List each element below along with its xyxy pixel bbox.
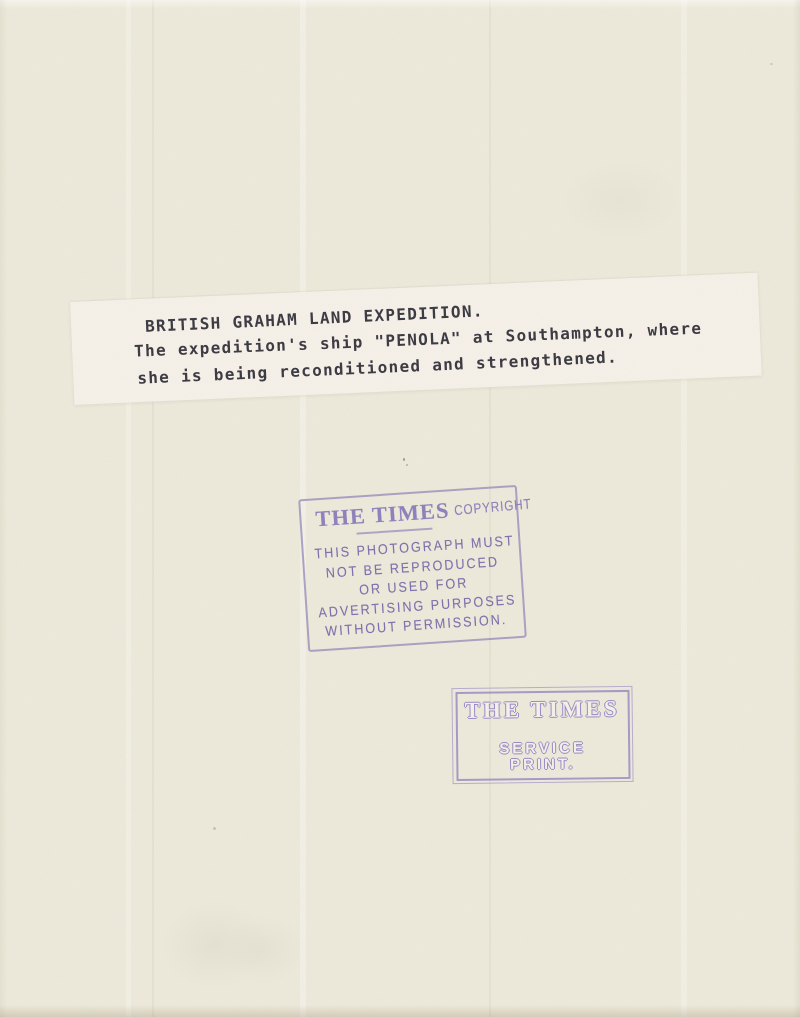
paper-smudge	[560, 160, 680, 240]
service-stamp-inner-border: THE TIMES SERVICE PRINT.	[455, 689, 630, 780]
paper-crease-line	[152, 0, 154, 1017]
caption-label-strip: BRITISH GRAHAM LAND EXPEDITION. The expe…	[70, 273, 762, 405]
paper-edge-shading	[793, 0, 800, 1017]
ink-speck	[406, 464, 408, 466]
times-service-print-stamp: THE TIMES SERVICE PRINT.	[451, 686, 633, 784]
paper-smudge	[225, 915, 305, 985]
paper-smudge	[160, 900, 270, 990]
times-copyright-stamp: THE TIMES COPYRIGHT THIS PHOTOGRAPH MUST…	[298, 485, 527, 652]
paper-streak	[681, 0, 687, 1017]
service-stamp-line: PRINT.	[458, 755, 628, 773]
paper-edge-shading	[0, 0, 7, 1017]
copyright-stamp-header: THE TIMES COPYRIGHT	[300, 487, 517, 533]
paper-edge-shading	[0, 0, 800, 9]
ink-speck	[213, 827, 216, 830]
photo-verso-page: BRITISH GRAHAM LAND EXPEDITION. The expe…	[0, 0, 800, 1017]
ink-speck	[770, 63, 773, 65]
copyright-stamp-suffix: COPYRIGHT	[454, 495, 532, 518]
ink-speck	[403, 458, 405, 461]
paper-edge-shading	[0, 1005, 800, 1017]
paper-streak	[126, 0, 131, 1017]
service-stamp-brand: THE TIMES	[457, 696, 627, 722]
